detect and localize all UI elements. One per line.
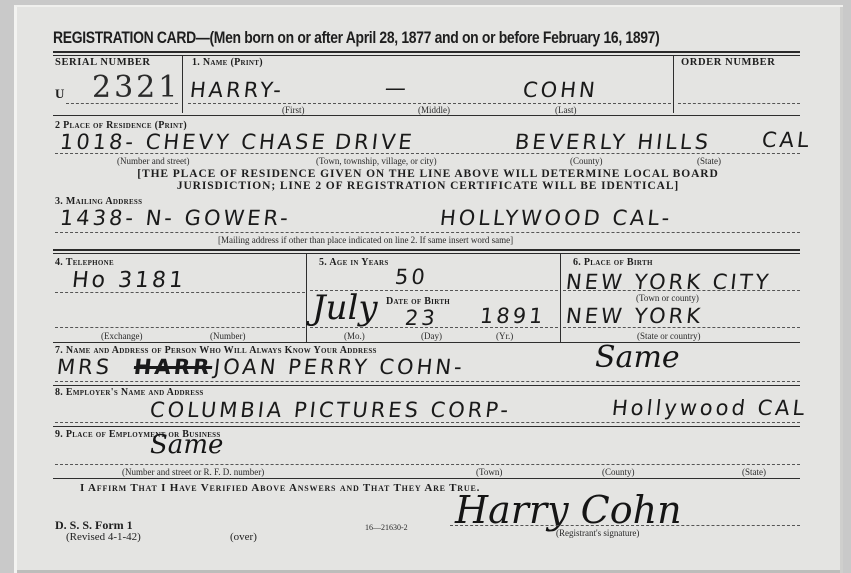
caption-street: (Number and street) [117,156,189,166]
residence-street-value: 1018- CHEVY CHASE [59,130,329,154]
divider [53,115,800,116]
name-last-value: COHN [522,78,599,102]
telephone-value: Ho 3181 [71,268,188,293]
caption-county: (County) [570,156,603,166]
residence-state-value: CAL [761,128,813,152]
divider [306,254,307,342]
dotted-line [55,381,800,382]
serial-prefix: U [55,86,64,102]
caption-employment-state: (State) [742,467,766,477]
employment-value: Same [150,430,223,460]
caption-month: (Mo.) [344,331,365,341]
contact-address-value: Same [595,340,680,375]
divider [53,51,800,56]
divider [673,56,674,113]
divider [53,249,800,254]
dotted-line [55,232,800,233]
dotted-line [55,422,800,423]
birthplace-state-value: NEW YORK [565,304,705,328]
employer-address-value: Hollywood CAL [611,396,809,420]
contact-struck-text: HARR [133,355,214,379]
telephone-label: 4. Telephone [55,257,114,268]
age-value: 50 [394,265,429,289]
caption-last: (Last) [555,105,577,115]
divider [53,385,800,386]
print-code: 16—21630-2 [365,523,408,532]
employer-name-value: COLUMBIA PICTURES CORP- [149,398,513,422]
mailing-caption: [Mailing address if other than place ind… [218,235,513,245]
caption-day: (Day) [421,331,442,341]
residence-notice-1: [THE PLACE OF RESIDENCE GIVEN ON THE LIN… [98,168,758,180]
caption-exchange: (Exchange) [101,331,142,341]
form-revised: (Revised 4-1-42) [66,531,141,543]
birthplace-label: 6. Place of Birth [573,257,653,268]
contact-prefix: MRS [56,355,114,379]
caption-state: (State) [697,156,721,166]
dotted-line [55,464,800,465]
dotted-line [55,327,305,328]
divider [53,342,800,343]
divider [53,426,800,427]
caption-employment-town: (Town) [476,467,502,477]
birth-year-value: 1891 [479,304,547,328]
caption-number: (Number) [210,331,246,341]
age-label: 5. Age in Years [319,257,389,268]
dotted-line [563,327,800,328]
caption-birth-town: (Town or county) [636,293,699,303]
card-title: REGISTRATION CARD—(Men born on or after … [53,28,659,48]
dotted-line [678,103,800,104]
mailing-address-value-1: 1438- N- GOWER- [59,206,292,230]
caption-middle: (Middle) [418,105,450,115]
mailing-address-value-2: HOLLYWOOD CAL- [439,206,674,230]
caption-employment-street: (Number and street or R. F. D. number) [122,467,264,477]
caption-town: (Town, township, village, or city) [316,156,437,166]
employer-label: 8. Employer's Name and Address [55,387,204,398]
caption-year: (Yr.) [496,331,513,341]
over-note: (over) [230,531,257,543]
serial-number-value: 2321 [92,70,180,105]
divider [560,254,561,342]
name-first-value: HARRY- [189,78,285,102]
birth-month-value: July [312,288,378,328]
serial-number-label: SERIAL NUMBER [55,57,151,68]
caption-first: (First) [282,105,305,115]
name-label: 1. Name (Print) [192,57,263,68]
dotted-line [310,327,558,328]
dotted-line [563,290,800,291]
residence-county-value: BEVERLY HILLS [514,130,713,154]
caption-employment-county: (County) [602,467,635,477]
signature-line [450,525,800,526]
affirmation-text: I Affirm That I Have Verified Above Answ… [80,482,480,494]
dotted-line [55,292,305,293]
order-number-label: ORDER NUMBER [681,57,775,68]
name-middle-value: — [384,76,411,100]
contact-name-value: JOAN PERRY COHN- [213,355,466,379]
divider [53,478,800,479]
residence-notice-2: JURISDICTION; LINE 2 OF REGISTRATION CER… [98,180,758,192]
divider [182,56,183,113]
residence-town-value: DRIVE [334,130,416,154]
signature-caption: (Registrant's signature) [556,528,639,538]
dotted-line [188,103,671,104]
